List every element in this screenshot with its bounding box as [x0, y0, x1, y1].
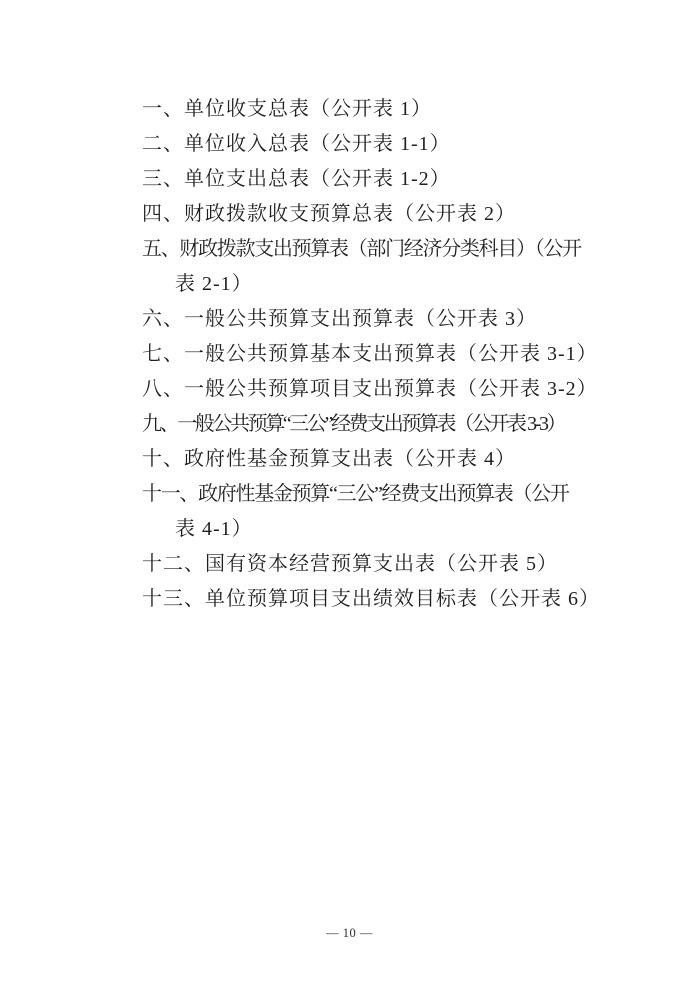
toc-line-6: 六、一般公共预算支出预算表（公开表 3） — [142, 302, 592, 337]
toc-line-11: 十一、政府性基金预算“三公”经费支出预算表（公开 — [142, 477, 592, 512]
toc-line-2: 二、单位收入总表（公开表 1-1） — [142, 127, 592, 162]
toc-line-5: 五、财政拨款支出预算表（部门经济分类科目）（公开 — [142, 232, 592, 267]
table-of-contents-list: 一、单位收支总表（公开表 1） 二、单位收入总表（公开表 1-1） 三、单位支出… — [142, 92, 592, 617]
toc-line-8: 八、一般公共预算项目支出预算表（公开表 3-2） — [142, 372, 592, 407]
toc-line-9: 九、一般公共预算“三公”经费支出预算表（公开表 3-3） — [142, 407, 592, 442]
toc-line-13: 十三、单位预算项目支出绩效目标表（公开表 6） — [142, 582, 592, 617]
toc-line-1: 一、单位收支总表（公开表 1） — [142, 92, 592, 127]
toc-line-11-cont: 表 4-1） — [142, 512, 592, 547]
toc-line-5-cont: 表 2-1） — [142, 267, 592, 302]
toc-line-3: 三、单位支出总表（公开表 1-2） — [142, 162, 592, 197]
document-page: 一、单位收支总表（公开表 1） 二、单位收入总表（公开表 1-1） 三、单位支出… — [0, 0, 699, 988]
toc-line-7: 七、一般公共预算基本支出预算表（公开表 3-1） — [142, 337, 592, 372]
toc-line-4: 四、财政拨款收支预算总表（公开表 2） — [142, 197, 592, 232]
toc-line-12: 十二、国有资本经营预算支出表（公开表 5） — [142, 547, 592, 582]
page-number: — 10 — — [0, 926, 699, 941]
toc-line-10: 十、政府性基金预算支出表（公开表 4） — [142, 442, 592, 477]
